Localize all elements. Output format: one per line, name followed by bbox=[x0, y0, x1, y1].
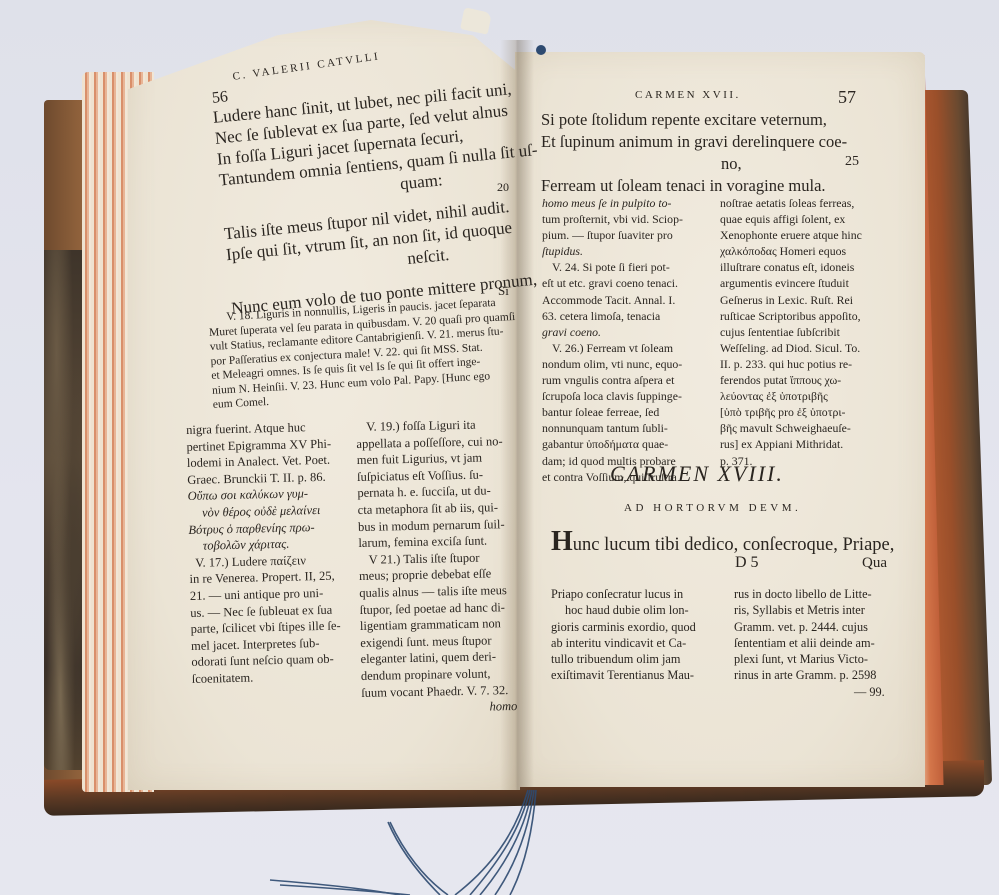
commentary-column-1-right: homo meus ſe in pulpito to- tum proſtern… bbox=[542, 196, 683, 486]
variant-notes-left: V. 18. Liguris in nonnullis, Ligeris in … bbox=[208, 296, 523, 414]
commentary-line: ruſticae Scriptoribus appoſito, bbox=[720, 309, 862, 325]
marbled-board bbox=[44, 250, 86, 770]
commentary-line: [ὑπὸ τριβῆς pro ἐξ ὑποτρι- bbox=[720, 405, 862, 421]
commentary-line: Geſnerus in Lexic. Ruſt. Rei bbox=[720, 293, 862, 309]
ribbon-bookmark-top bbox=[536, 45, 546, 55]
commentary-line: ſententiam et alii deinde am- bbox=[734, 636, 885, 652]
commentary-line: Weſſeling. ad Diod. Sicul. To. bbox=[720, 341, 862, 357]
commentary-line: rum vngulis contra aſpera et bbox=[542, 373, 683, 389]
commentary-line: bantur ſoleae ferreae, ſed bbox=[542, 405, 683, 421]
commentary-line: cujus ſententiae ſubſcribit bbox=[720, 325, 862, 341]
commentary-line: pium. — ſtupor ſuaviter pro bbox=[542, 228, 683, 244]
page-number-left: 56 bbox=[211, 89, 229, 107]
poem-subtitle: AD HORTORVM DEVM. bbox=[624, 503, 801, 514]
commentary-line: noſtrae aetatis ſoleas ferreas, bbox=[720, 196, 862, 212]
commentary-line: tullo tribuendum olim jam bbox=[551, 652, 696, 668]
commentary-line: Priapo conſecratur lucus in bbox=[551, 587, 696, 603]
commentary-line: ferendos putat ἵππους χω- bbox=[720, 373, 862, 389]
poem-title: CARMEN XVIII. bbox=[610, 463, 784, 485]
commentary-line: II. p. 233. qui huc potius re- bbox=[720, 357, 862, 373]
commentary-line: βῆς mavult Schweighaeuſe- bbox=[720, 421, 862, 437]
commentary-line: eſt ut etc. gravi coeno tenaci. bbox=[542, 276, 683, 292]
commentary-column-4-right: rus in docto libello de Litte- ris, Syll… bbox=[734, 587, 885, 701]
line-number-left: 20 bbox=[497, 181, 509, 193]
commentary-line: V. 24. Si pote ſi fieri pot- bbox=[542, 260, 683, 276]
verse-line: no, bbox=[541, 154, 847, 176]
commentary-line: plexi ſunt, vt Marius Victo- bbox=[734, 652, 885, 668]
commentary-line: ſtupidus. bbox=[542, 244, 683, 260]
commentary-line: gabantur ὑποδήματα quae- bbox=[542, 437, 683, 453]
commentary-column-2-left: V. 19.) foſſa Liguri ita appellata a poſ… bbox=[356, 417, 517, 719]
commentary-line: gravi coeno. bbox=[542, 325, 683, 341]
paper-tab bbox=[460, 7, 492, 34]
commentary-line: ſcrupoſa loca clavis ſuppinge- bbox=[542, 389, 683, 405]
line-number-right: 25 bbox=[845, 155, 859, 169]
page-number-right: 57 bbox=[838, 88, 856, 106]
commentary-line: hoc haud dubie olim lon- bbox=[551, 603, 696, 619]
running-head-right: CARMEN XVII. bbox=[635, 90, 741, 101]
commentary-line: tum proſternit, vbi vid. Sciop- bbox=[542, 212, 683, 228]
catchword-left: Si bbox=[498, 284, 509, 297]
commentary-line: exiſtimavit Terentianus Mau- bbox=[551, 668, 696, 684]
commentary-line: 63. cetera limoſa, tenacia bbox=[542, 309, 683, 325]
verse-line: Si pote ſtolidum repente excitare vetern… bbox=[541, 110, 847, 132]
commentary-line: Xenophonte eruere atque hinc bbox=[720, 228, 862, 244]
verse-line: Et ſupinum animum in gravi derelinquere … bbox=[541, 132, 847, 154]
commentary-column-2-right: noſtrae aetatis ſoleas ferreas, quae equ… bbox=[720, 196, 862, 470]
verse-line: Ferream ut ſoleam tenaci in voragine mul… bbox=[541, 176, 847, 198]
commentary-line: χαλκόποδας Homeri equos bbox=[720, 244, 862, 260]
verse-block-right: Si pote ſtolidum repente excitare vetern… bbox=[541, 110, 847, 198]
commentary-line: Gramm. vet. p. 2444. cujus bbox=[734, 620, 885, 636]
commentary-line: Accommode Tacit. Annal. I. bbox=[542, 293, 683, 309]
commentary-line: rus] ex Appiani Mithridat. bbox=[720, 437, 862, 453]
catchword: homo bbox=[361, 699, 517, 719]
commentary-line: nonnunquam tantum ſubli- bbox=[542, 421, 683, 437]
commentary-line: illuſtrare conatus eſt, idoneis bbox=[720, 260, 862, 276]
drop-cap: H bbox=[551, 526, 573, 557]
commentary-line: λεύοντας ἐξ ὑποτριβῆς bbox=[720, 389, 862, 405]
commentary-line: ſcoenitatem. bbox=[192, 668, 342, 688]
commentary-line: nondum olim, vti nunc, equo- bbox=[542, 357, 683, 373]
first-line-text: unc lucum tibi dedico, conſecroque, Pria… bbox=[573, 535, 895, 555]
signature-mark: D 5 bbox=[735, 555, 759, 571]
commentary-line: quae equis affigi ſolent, ex bbox=[720, 212, 862, 228]
poem-first-line: Hunc lucum tibi dedico, conſecroque, Pri… bbox=[551, 528, 894, 556]
commentary-line: rus in docto libello de Litte- bbox=[734, 587, 885, 603]
commentary-line: ab interitu vindicavit et Ca- bbox=[551, 636, 696, 652]
commentary-line: argumentis evincere ſtuduit bbox=[720, 276, 862, 292]
book-photo: C. VALERII CATVLLI 56 Ludere hanc ſinit,… bbox=[0, 0, 999, 895]
commentary-line: homo meus ſe in pulpito to- bbox=[542, 196, 683, 212]
commentary-line: ris, Syllabis et Metris inter bbox=[734, 603, 885, 619]
commentary-line: rinus in arte Gramm. p. 2598 bbox=[734, 668, 885, 684]
catchword-right: Qua bbox=[862, 556, 887, 571]
commentary-line: — 99. bbox=[734, 685, 885, 701]
commentary-line: gioris carminis exordio, quod bbox=[551, 620, 696, 636]
commentary-column-1-left: nigra fuerint. Atque huc pertinet Epigra… bbox=[186, 420, 342, 689]
commentary-line: V. 26.) Ferream vt ſoleam bbox=[542, 341, 683, 357]
commentary-column-3-right: Priapo conſecratur lucus in hoc haud dub… bbox=[551, 587, 696, 685]
